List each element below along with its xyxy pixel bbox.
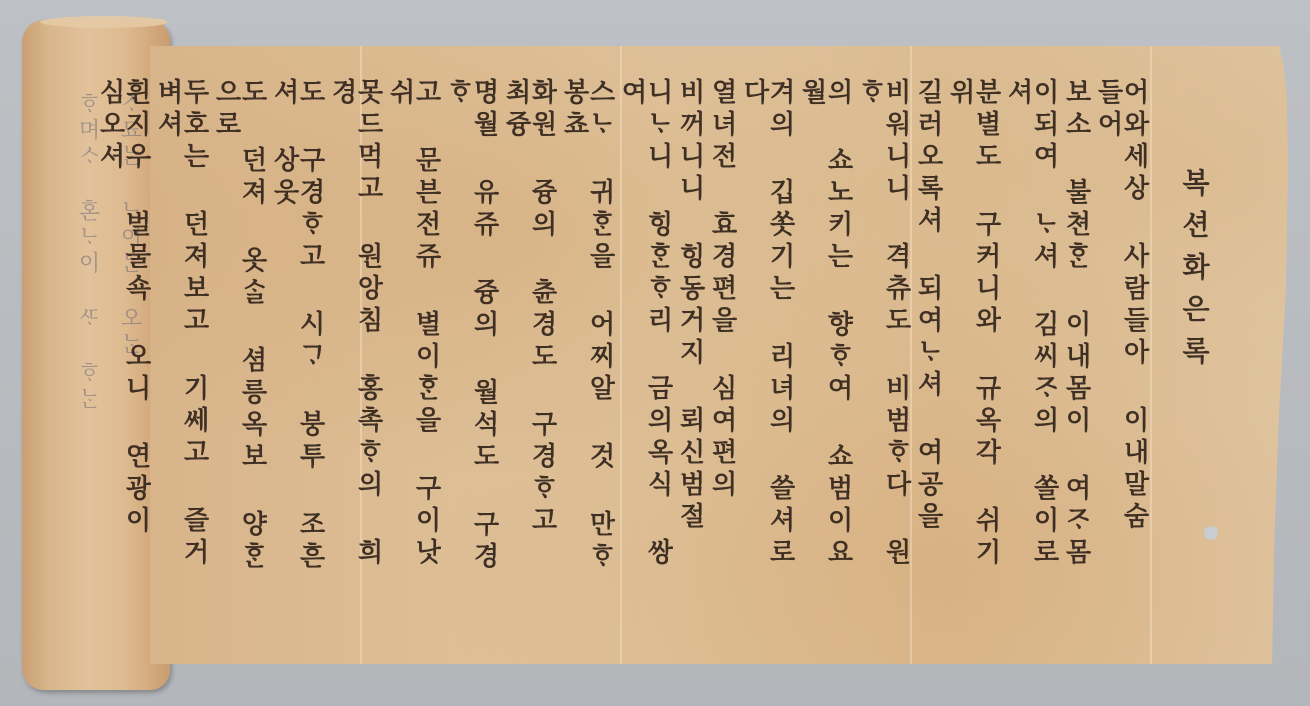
text-column-12: 스ᄂᆞ 귀ᄒᆞᆫ을 어찌알 것 만ᄒᆞ 봉쵸	[561, 78, 613, 598]
scroll-title: 복션화은록	[1180, 168, 1208, 598]
text-column-20: 휜지우 벌물쇽 오니 연광이 심오셔	[97, 78, 149, 598]
text-column-9: 열녀전 효경편을 심여편의	[709, 78, 735, 598]
text-column-1: 어와세상 사람들아 이내말숨 들어	[1095, 78, 1147, 598]
text-column-16: 못드먹고 원앙침 홍촉ᄒᆞ의 희경	[329, 78, 381, 598]
rolled-scroll-top-edge	[40, 16, 168, 28]
text-column-11: 니ᄂᆞ니 힝ᄒᆞᆫᄒᆞ리 금의옥식 쌍여	[619, 78, 671, 598]
text-column-6: 비워니니 격츄도 비범ᄒᆞ다 원ᄒᆞ	[857, 78, 909, 598]
text-column-13: 화원 즁의 츈경도 구경ᄒᆞ고 최즁	[503, 78, 555, 598]
text-column-3: 이되여 ᄂᆞ셔 김씨ᄌᆞ의 쏠이로셔	[1005, 78, 1057, 598]
photo-stage: ᄉᆞ됴ᄂᆞᆫ ᄂᆞ이ᄂᆞᆫ 오ᄂᆞᆫ ᄒᆞ며ᄉᆞ 혼ᄂᆞ이 ᄯᆞ ᄒᆞᄂᆞᆫ 복…	[0, 0, 1310, 706]
text-column-17: 도 구경ᄒᆞ고 시ᄀᆞ 붕투 조흔셔 상웃	[271, 78, 323, 598]
text-column-15: 고 문븐전쥬 별이ᄒᆞᆫ을 구이낫쉬	[387, 78, 439, 598]
text-column-5: 길러오록셔 되여ᄂᆞ셔 여공을	[915, 78, 941, 598]
text-column-19: 두호는 던져보고 기쎄고 즐거벼셔	[155, 78, 207, 598]
text-column-10: 비꺼니니 힝동거지 뢰신범절	[677, 78, 703, 598]
text-column-14: 명월 유쥬 즁의 월석도 구경ᄒᆞ	[445, 78, 497, 598]
text-columns: 복션화은록 어와세상 사람들아 이내말숨 들어 보소 불쳔ᄒᆞᆫ 이내몸이 여ᄌ…	[168, 78, 1248, 598]
text-column-8: 겨의 깁쏫기는 리녀의 쓸셔로다	[741, 78, 793, 598]
text-column-18: 도 던져 옷ᄉᆞᆯ 셤릉옥보 양ᄒᆞᆫ으로	[213, 78, 265, 598]
text-column-7: 의 쇼노키는 향ᄒᆞ여 쇼범이요 월	[799, 78, 851, 598]
text-column-4: 분별도 구커니와 규옥각 쉬기위	[947, 78, 999, 598]
text-column-2: 보소 불쳔ᄒᆞᆫ 이내몸이 여ᄌᆞ몸	[1063, 78, 1089, 598]
